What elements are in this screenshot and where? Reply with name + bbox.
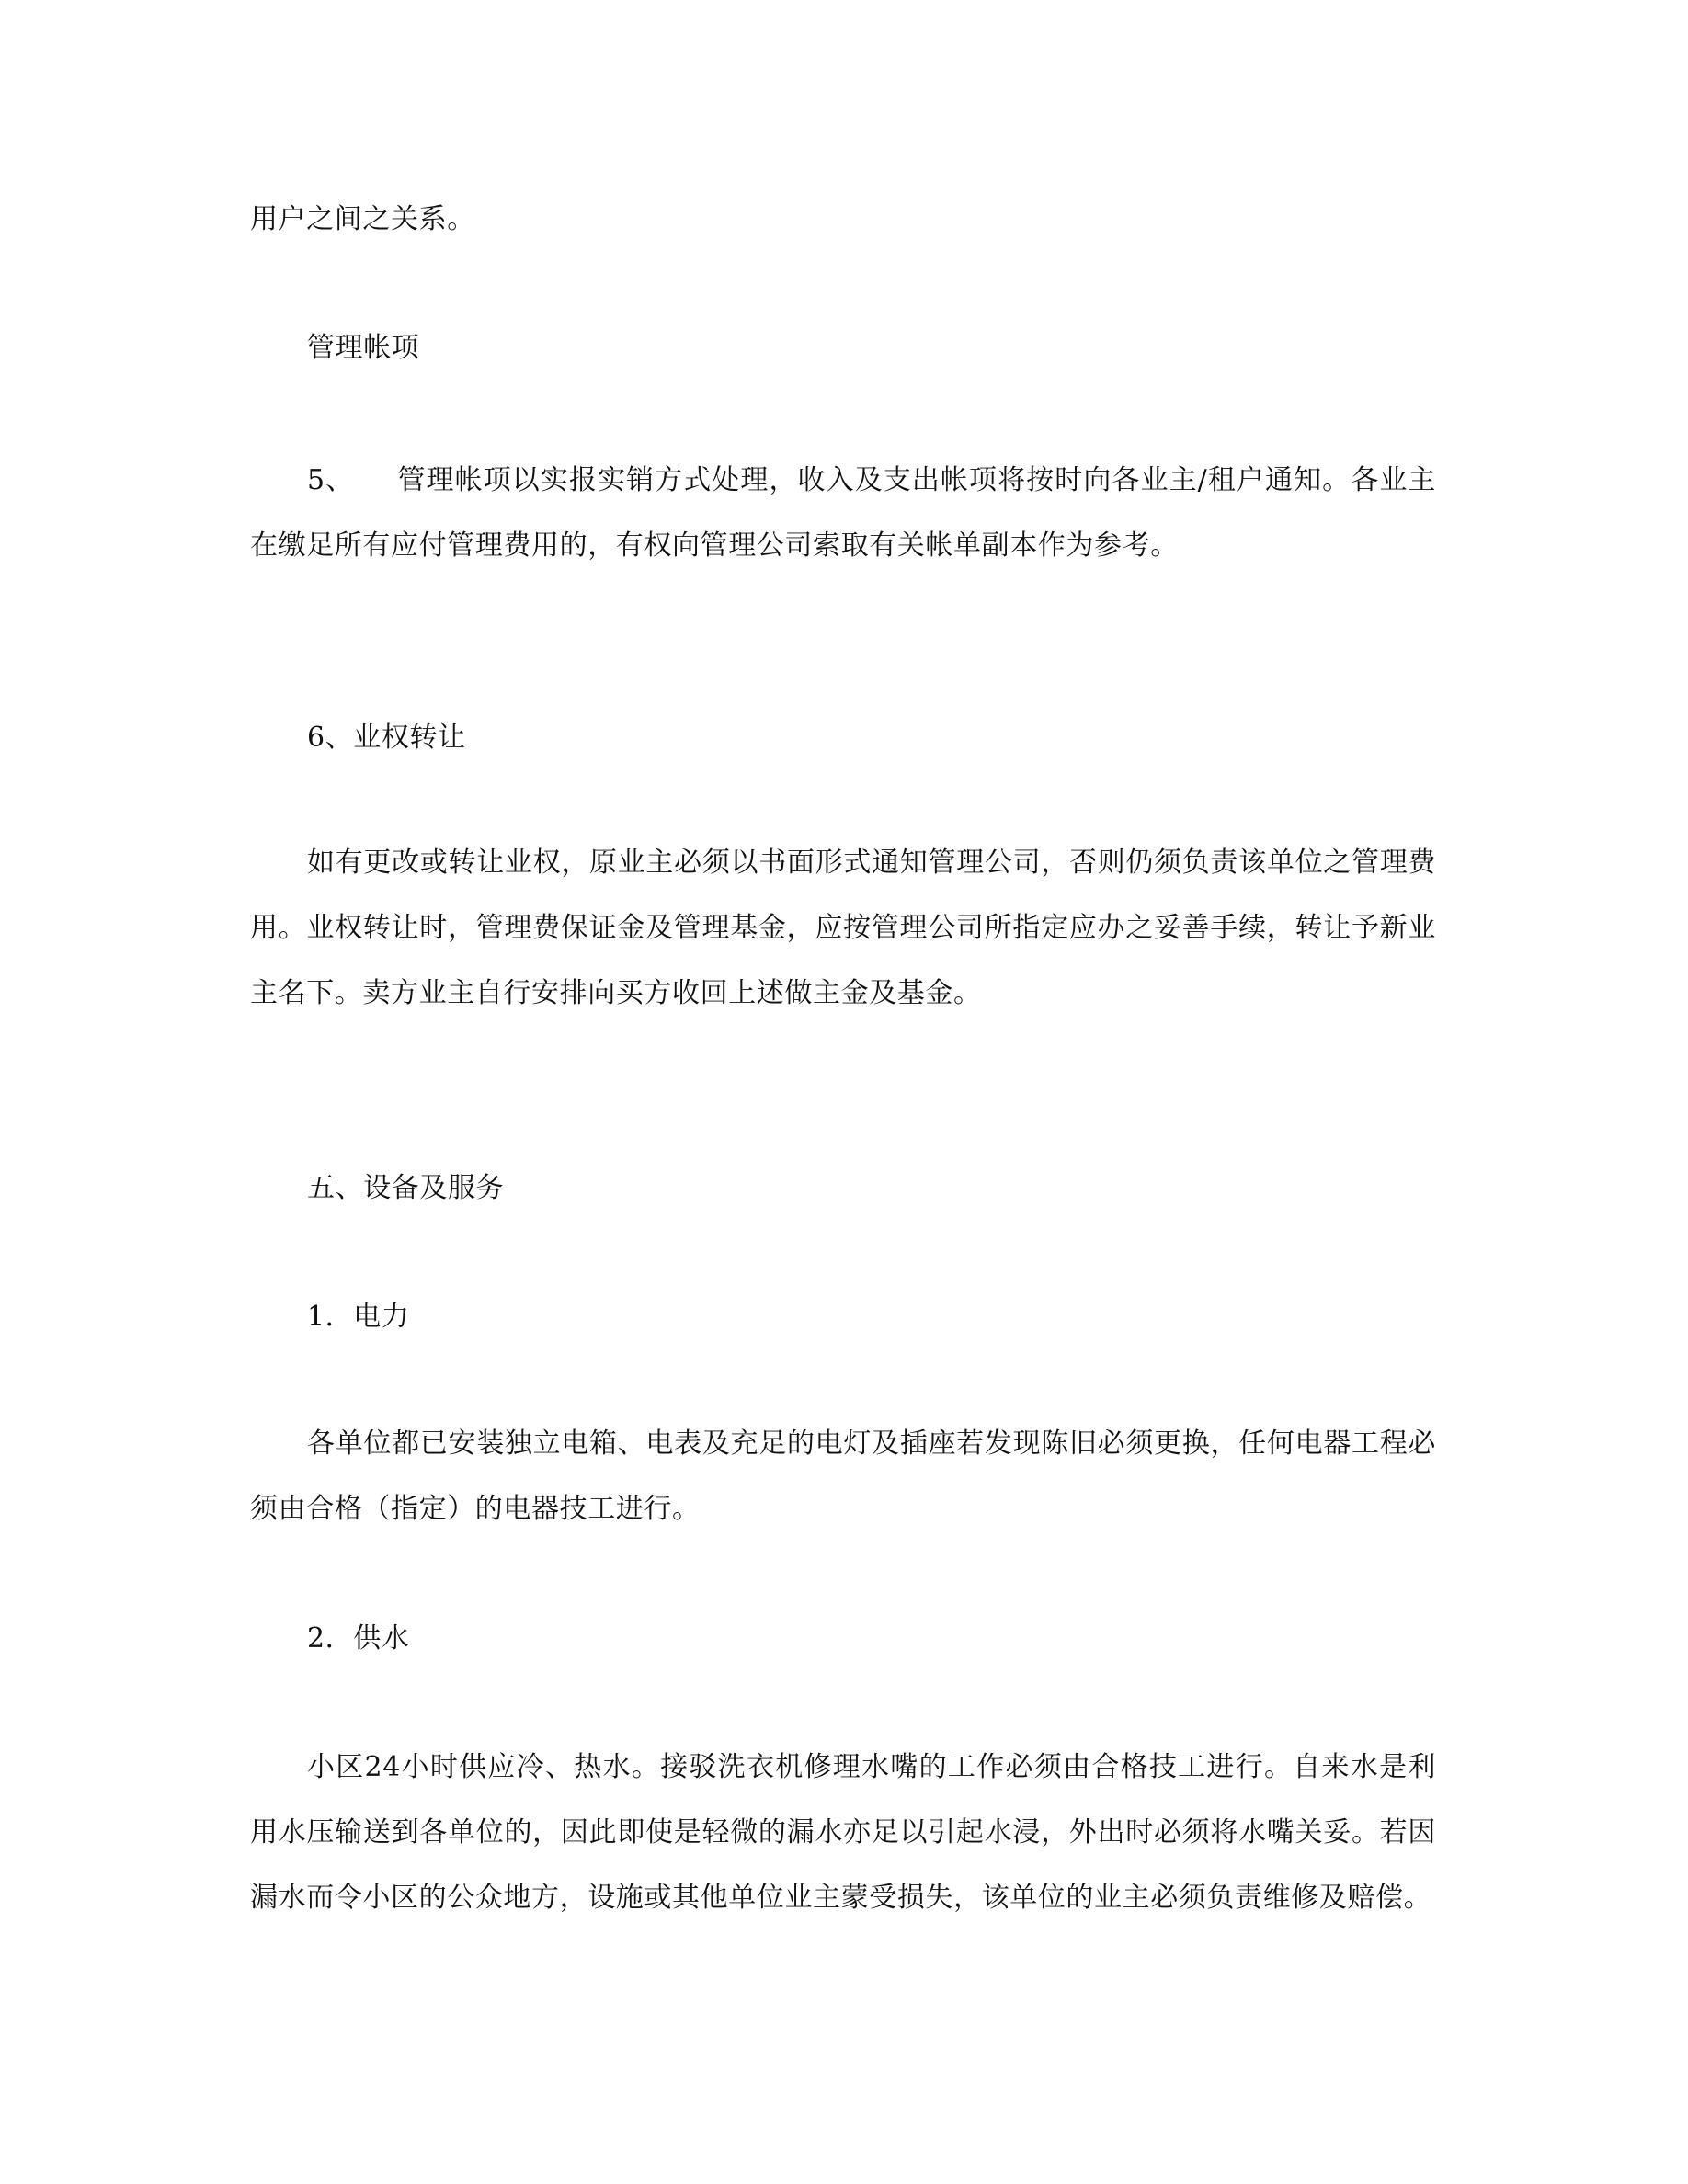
paragraph-continuation: 用户之间之关系。 xyxy=(250,187,1436,252)
section-heading-management-accounts: 管理帐项 xyxy=(250,315,1436,381)
subheading-water-supply: 2．供水 xyxy=(250,1606,1436,1671)
paragraph-ownership-transfer: 如有更改或转让业权，原业主必须以书面形式通知管理公司，否则仍须负责该单位之管理费… xyxy=(250,830,1436,1026)
subheading-electricity: 1．电力 xyxy=(250,1284,1436,1349)
paragraph-water-supply: 小区24小时供应冷、热水。接驳洗衣机修理水嘴的工作必须由合格技工进行。自来水是利… xyxy=(250,1735,1436,1930)
paragraph-item-5: 5、 管理帐项以实报实销方式处理，收入及支出帐项将按时向各业主/租户通知。各业主… xyxy=(250,448,1436,578)
section-heading-equipment-services: 五、设备及服务 xyxy=(250,1155,1436,1221)
document-page: 用户之间之关系。 管理帐项 5、 管理帐项以实报实销方式处理，收入及支出帐项将按… xyxy=(0,0,1688,2184)
paragraph-electricity: 各单位都已安装独立电箱、电表及充足的电灯及插座若发现陈旧必须更换，任何电器工程必… xyxy=(250,1411,1436,1541)
section-heading-ownership-transfer: 6、业权转让 xyxy=(250,705,1436,770)
